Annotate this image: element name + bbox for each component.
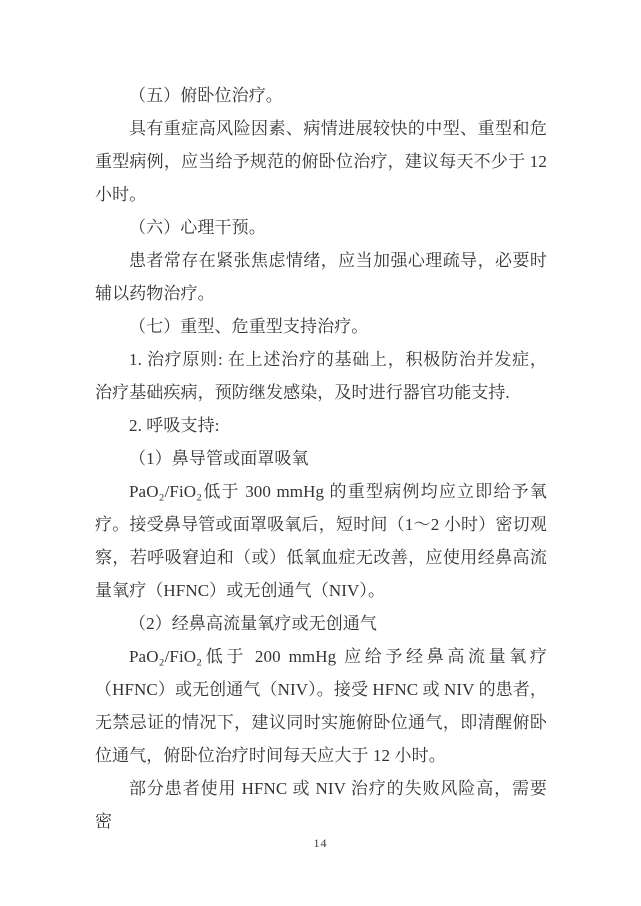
paragraph: 具有重症高风险因素、病情进展较快的中型、重型和危重型病例，应当给予规范的俯卧位治… xyxy=(95,112,547,211)
paragraph: 部分患者使用 HFNC 或 NIV 治疗的失败风险高，需要密 xyxy=(95,772,547,838)
paragraph: 1. 治疗原则: 在上述治疗的基础上，积极防治并发症，治疗基础疾病，预防继发感染… xyxy=(95,343,547,409)
document-page: （五）俯卧位治疗。具有重症高风险因素、病情进展较快的中型、重型和危重型病例，应当… xyxy=(0,0,641,906)
paragraph: （六）心理干预。 xyxy=(95,211,547,244)
document-body: （五）俯卧位治疗。具有重症高风险因素、病情进展较快的中型、重型和危重型病例，应当… xyxy=(95,79,547,838)
paragraph: （五）俯卧位治疗。 xyxy=(95,79,547,112)
paragraph: PaO₂/FiO₂低于 200 mmHg 应给予经鼻高流量氧疗（HFNC）或无创… xyxy=(95,640,547,772)
paragraph: （1）鼻导管或面罩吸氧 xyxy=(95,442,547,475)
paragraph: （2）经鼻高流量氧疗或无创通气 xyxy=(95,607,547,640)
paragraph: 2. 呼吸支持: xyxy=(95,409,547,442)
paragraph: 患者常存在紧张焦虑情绪，应当加强心理疏导，必要时辅以药物治疗。 xyxy=(95,244,547,310)
page-number: 14 xyxy=(0,836,641,851)
paragraph: PaO₂/FiO₂低于 300 mmHg 的重型病例均应立即给予氧疗。接受鼻导管… xyxy=(95,475,547,607)
paragraph: （七）重型、危重型支持治疗。 xyxy=(95,310,547,343)
